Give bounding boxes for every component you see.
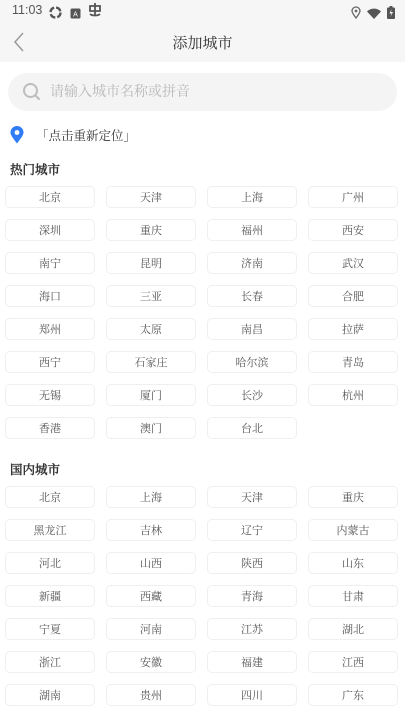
bug-icon	[88, 2, 102, 21]
relocate-button[interactable]: 「点击重新定位」	[10, 125, 136, 145]
city-button[interactable]: 杭州	[308, 384, 398, 406]
city-button[interactable]: 重庆	[106, 219, 196, 241]
city-button[interactable]: 新疆	[5, 585, 95, 607]
city-button[interactable]: 武汉	[308, 252, 398, 274]
city-button[interactable]: 广东	[308, 684, 398, 706]
city-button[interactable]: 辽宁	[207, 519, 297, 541]
city-button[interactable]: 内蒙古	[308, 519, 398, 541]
city-button[interactable]: 深圳	[5, 219, 95, 241]
city-button[interactable]: 天津	[207, 486, 297, 508]
city-button[interactable]: 河南	[106, 618, 196, 640]
city-button[interactable]: 西安	[308, 219, 398, 241]
city-button[interactable]: 拉萨	[308, 318, 398, 340]
city-button[interactable]: 西藏	[106, 585, 196, 607]
city-button[interactable]: 甘肃	[308, 585, 398, 607]
city-button[interactable]: 厦门	[106, 384, 196, 406]
map-pin-icon	[10, 126, 24, 144]
city-button[interactable]: 四川	[207, 684, 297, 706]
city-button[interactable]: 江苏	[207, 618, 297, 640]
header-area: 11:03 A 添加城市	[0, 0, 405, 62]
city-button[interactable]: 山西	[106, 552, 196, 574]
city-button[interactable]: 台北	[207, 417, 297, 439]
hot-cities-grid: 北京天津上海广州深圳重庆福州西安南宁昆明济南武汉海口三亚长春合肥郑州太原南昌拉萨…	[5, 186, 401, 439]
city-button[interactable]: 陕西	[207, 552, 297, 574]
city-button[interactable]: 北京	[5, 186, 95, 208]
city-button[interactable]: 福建	[207, 651, 297, 673]
page-title: 添加城市	[0, 32, 405, 53]
search-bar[interactable]	[8, 73, 397, 111]
domestic-cities-title: 国内城市	[10, 460, 60, 478]
city-button[interactable]: 江西	[308, 651, 398, 673]
battery-charging-icon	[387, 4, 395, 23]
city-button[interactable]: 湖北	[308, 618, 398, 640]
city-button[interactable]: 北京	[5, 486, 95, 508]
status-icons-right	[351, 4, 395, 23]
city-button[interactable]: 宁夏	[5, 618, 95, 640]
city-button[interactable]: 安徽	[106, 651, 196, 673]
city-search-input[interactable]	[50, 84, 350, 100]
city-button[interactable]: 西宁	[5, 351, 95, 373]
city-button[interactable]: 河北	[5, 552, 95, 574]
city-button[interactable]: 哈尔滨	[207, 351, 297, 373]
search-icon	[22, 82, 42, 102]
city-button[interactable]: 浙江	[5, 651, 95, 673]
nav-bar: 添加城市	[0, 22, 405, 62]
relocate-label: 「点击重新定位」	[36, 126, 136, 144]
city-button[interactable]: 石家庄	[106, 351, 196, 373]
status-time: 11:03	[12, 3, 42, 17]
city-button[interactable]: 上海	[207, 186, 297, 208]
sync-icon	[49, 4, 62, 23]
city-button[interactable]: 青岛	[308, 351, 398, 373]
wifi-icon	[367, 4, 381, 23]
city-button[interactable]: 山东	[308, 552, 398, 574]
city-button[interactable]: 济南	[207, 252, 297, 274]
city-button[interactable]: 南宁	[5, 252, 95, 274]
city-button[interactable]: 三亚	[106, 285, 196, 307]
city-button[interactable]: 黑龙江	[5, 519, 95, 541]
city-button[interactable]: 合肥	[308, 285, 398, 307]
city-button[interactable]: 福州	[207, 219, 297, 241]
hot-cities-title: 热门城市	[10, 160, 60, 178]
city-button[interactable]: 重庆	[308, 486, 398, 508]
city-button[interactable]: 广州	[308, 186, 398, 208]
city-button[interactable]: 贵州	[106, 684, 196, 706]
status-bar: 11:03 A	[0, 0, 405, 22]
city-button[interactable]: 长沙	[207, 384, 297, 406]
location-icon	[351, 4, 361, 23]
city-button[interactable]: 天津	[106, 186, 196, 208]
city-button[interactable]: 吉林	[106, 519, 196, 541]
city-button[interactable]: 昆明	[106, 252, 196, 274]
city-button[interactable]: 香港	[5, 417, 95, 439]
city-button[interactable]: 海口	[5, 285, 95, 307]
domestic-cities-grid: 北京上海天津重庆黑龙江吉林辽宁内蒙古河北山西陕西山东新疆西藏青海甘肃宁夏河南江苏…	[5, 486, 401, 706]
svg-text:A: A	[73, 12, 78, 19]
city-button[interactable]: 南昌	[207, 318, 297, 340]
city-button[interactable]: 湖南	[5, 684, 95, 706]
city-button[interactable]: 无锡	[5, 384, 95, 406]
city-button[interactable]: 澳门	[106, 417, 196, 439]
city-button[interactable]: 长春	[207, 285, 297, 307]
city-button[interactable]: 青海	[207, 585, 297, 607]
city-button[interactable]: 郑州	[5, 318, 95, 340]
city-button[interactable]: 上海	[106, 486, 196, 508]
city-button[interactable]: 太原	[106, 318, 196, 340]
notification-a-icon: A	[70, 4, 81, 23]
